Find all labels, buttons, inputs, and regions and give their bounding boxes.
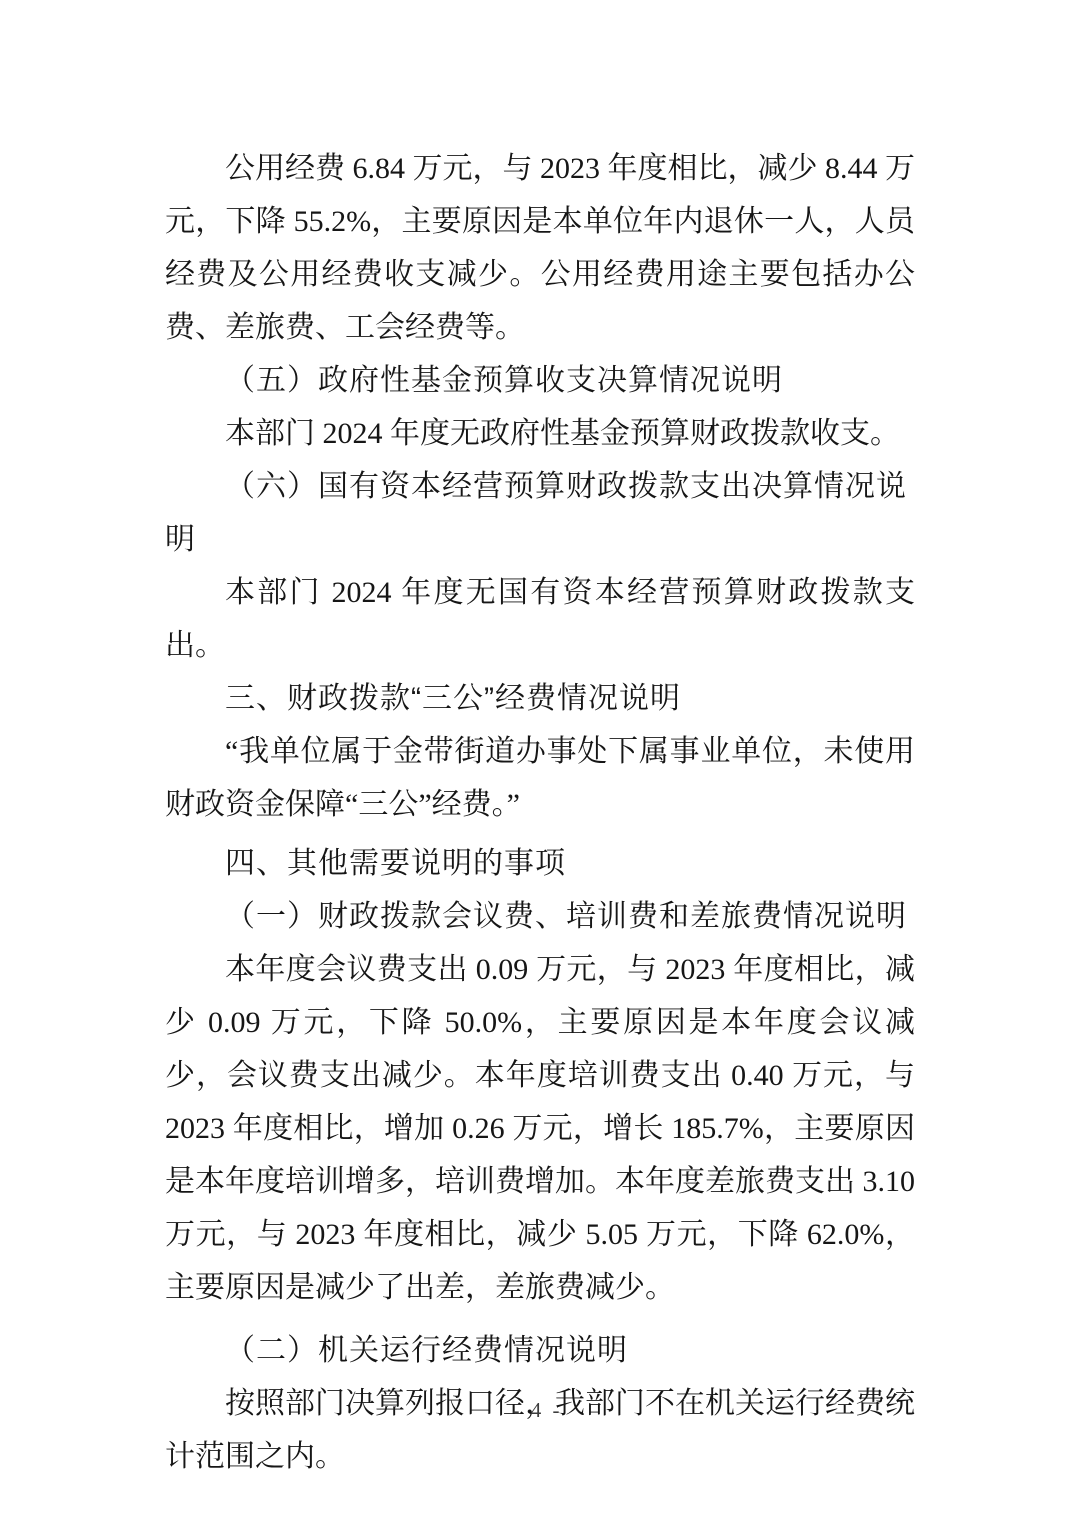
page-footer: - 4 - (0, 1398, 1075, 1423)
heading-part4-other-items: 四、其他需要说明的事项 (165, 837, 915, 890)
document-page: 公用经费 6.84 万元，与 2023 年度相比，减少 8.44 万元，下降 5… (0, 0, 1075, 1520)
paragraph-state-capital-budget: 本部门 2024 年度无国有资本经营预算财政拨款支出。 (165, 566, 915, 672)
paragraph-three-public-funds: “我单位属于金带街道办事处下属事业单位，未使用财政资金保障“三公”经费。” (165, 725, 915, 831)
paragraph-meeting-training-travel: 本年度会议费支出 0.09 万元，与 2023 年度相比，减少 0.09 万元，… (165, 943, 915, 1314)
heading-section6-state-capital-budget: （六）国有资本经营预算财政拨款支出决算情况说明 (165, 460, 915, 566)
heading-section1-meeting-training-travel: （一）财政拨款会议费、培训费和差旅费情况说明 (165, 890, 915, 943)
paragraph-gov-fund-budget: 本部门 2024 年度无政府性基金预算财政拨款收支。 (165, 407, 915, 460)
heading-part3-three-public-funds: 三、财政拨款“三公”经费情况说明 (165, 672, 915, 725)
document-body: 公用经费 6.84 万元，与 2023 年度相比，减少 8.44 万元，下降 5… (165, 142, 915, 1483)
page-number: - 4 - (513, 1398, 563, 1422)
paragraph-public-expense: 公用经费 6.84 万元，与 2023 年度相比，减少 8.44 万元，下降 5… (165, 142, 915, 354)
heading-section5-gov-fund-budget: （五）政府性基金预算收支决算情况说明 (165, 354, 915, 407)
paragraph-operating-expense: 按照部门决算列报口径，我部门不在机关运行经费统计范围之内。 (165, 1377, 915, 1483)
heading-section2-operating-expense: （二）机关运行经费情况说明 (165, 1324, 915, 1377)
